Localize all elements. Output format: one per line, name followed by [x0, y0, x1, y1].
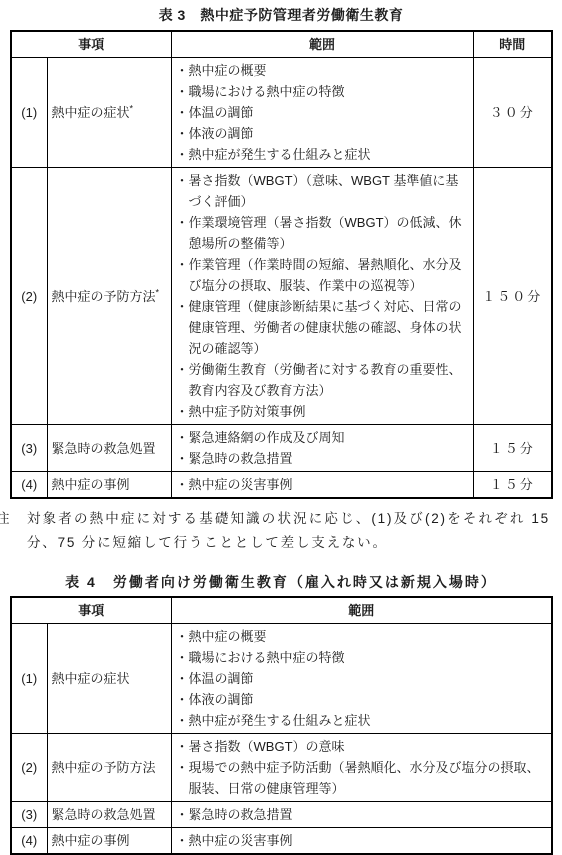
range-item: ・体温の調節	[176, 102, 469, 123]
table4: 事項 範囲 (1) 熱中症の症状 ・熱中症の概要 ・職場における熱中症の特徴 ・…	[10, 596, 553, 855]
row-number: (1)	[11, 624, 47, 734]
item-label: 熱中症の症状	[52, 105, 130, 120]
range-item: ・熱中症予防対策事例	[176, 401, 469, 422]
range-item: ・暑さ指数（WBGT）の意味	[176, 736, 548, 757]
range-item: ・暑さ指数（WBGT）（意味、WBGT 基準値に基づく評価）	[176, 170, 469, 212]
range-item: ・緊急時の救急措置	[176, 804, 548, 825]
item-cell: 熱中症の症状	[47, 624, 171, 734]
range-item: ・体液の調節	[176, 123, 469, 144]
note-prefix: 注	[0, 507, 27, 555]
row-number: (2)	[11, 168, 47, 425]
time-cell: １５分	[473, 425, 552, 472]
item-cell: 緊急時の救急処置	[47, 425, 171, 472]
range-item: ・職場における熱中症の特徴	[176, 647, 548, 668]
range-item: ・体液の調節	[176, 689, 548, 710]
range-cell: ・緊急連絡網の作成及び周知 ・緊急時の救急措置	[171, 425, 473, 472]
table4-header-row: 事項 範囲	[11, 597, 552, 624]
table-row: (2) 熱中症の予防方法* ・暑さ指数（WBGT）（意味、WBGT 基準値に基づ…	[11, 168, 552, 425]
range-cell: ・熱中症の災害事例	[171, 828, 552, 855]
row-number: (3)	[11, 802, 47, 828]
table3-header-item: 事項	[11, 31, 171, 58]
range-item: ・現場での熱中症予防活動（暑熱順化、水分及び塩分の摂取、服装、日常の健康管理等）	[176, 757, 548, 799]
range-cell: ・暑さ指数（WBGT）（意味、WBGT 基準値に基づく評価） ・作業環境管理（暑…	[171, 168, 473, 425]
item-label: 緊急時の救急処置	[52, 441, 156, 456]
range-item: ・労働衛生教育（労働者に対する教育の重要性、教育内容及び教育方法）	[176, 359, 469, 401]
range-item: ・熱中症の災害事例	[176, 830, 548, 851]
footnote-mark: *	[156, 287, 160, 297]
table-row: (1) 熱中症の症状 ・熱中症の概要 ・職場における熱中症の特徴 ・体温の調節 …	[11, 624, 552, 734]
range-item: ・熱中症の災害事例	[176, 474, 469, 495]
range-item: ・緊急連絡網の作成及び周知	[176, 427, 469, 448]
item-cell: 熱中症の予防方法*	[47, 168, 171, 425]
range-cell: ・熱中症の災害事例	[171, 472, 473, 499]
time-cell: １５分	[473, 472, 552, 499]
range-cell: ・熱中症の概要 ・職場における熱中症の特徴 ・体温の調節 ・体液の調節 ・熱中症…	[171, 624, 552, 734]
row-number: (2)	[11, 734, 47, 802]
table3-header-row: 事項 範囲 時間	[11, 31, 552, 58]
note: 注 対象者の熱中症に対する基礎知識の状況に応じ、(1)及び(2)をそれぞれ 15…	[0, 507, 556, 555]
item-cell: 熱中症の事例	[47, 828, 171, 855]
range-item: ・職場における熱中症の特徴	[176, 81, 469, 102]
item-label: 熱中症の予防方法	[52, 760, 156, 775]
item-cell: 熱中症の予防方法	[47, 734, 171, 802]
row-number: (4)	[11, 828, 47, 855]
item-label: 熱中症の事例	[52, 477, 130, 492]
table3-header-time: 時間	[473, 31, 552, 58]
range-cell: ・熱中症の概要 ・職場における熱中症の特徴 ・体温の調節 ・体液の調節 ・熱中症…	[171, 58, 473, 168]
range-item: ・熱中症の概要	[176, 60, 469, 81]
table-row: (1) 熱中症の症状* ・熱中症の概要 ・職場における熱中症の特徴 ・体温の調節…	[11, 58, 552, 168]
range-item: ・体温の調節	[176, 668, 548, 689]
table-row: (4) 熱中症の事例 ・熱中症の災害事例	[11, 828, 552, 855]
row-number: (1)	[11, 58, 47, 168]
table-row: (3) 緊急時の救急処置 ・緊急連絡網の作成及び周知 ・緊急時の救急措置 １５分	[11, 425, 552, 472]
range-item: ・健康管理（健康診断結果に基づく対応、日常の健康管理、労働者の健康状態の確認、身…	[176, 296, 469, 359]
table4-title: 表 4 労働者向け労働衛生教育（雇入れ時又は新規入場時）	[0, 573, 562, 591]
row-number: (4)	[11, 472, 47, 499]
note-text: 対象者の熱中症に対する基礎知識の状況に応じ、(1)及び(2)をそれぞれ 15 分…	[27, 507, 556, 555]
table-row: (2) 熱中症の予防方法 ・暑さ指数（WBGT）の意味 ・現場での熱中症予防活動…	[11, 734, 552, 802]
range-item: ・熱中症の概要	[176, 626, 548, 647]
range-item: ・熱中症が発生する仕組みと症状	[176, 710, 548, 731]
range-item: ・熱中症が発生する仕組みと症状	[176, 144, 469, 165]
range-cell: ・暑さ指数（WBGT）の意味 ・現場での熱中症予防活動（暑熱順化、水分及び塩分の…	[171, 734, 552, 802]
item-cell: 熱中症の症状*	[47, 58, 171, 168]
item-label: 熱中症の事例	[52, 833, 130, 848]
row-number: (3)	[11, 425, 47, 472]
table3-title: 表 3 熱中症予防管理者労働衛生教育	[0, 6, 562, 24]
table3: 事項 範囲 時間 (1) 熱中症の症状* ・熱中症の概要 ・職場における熱中症の…	[10, 30, 553, 499]
item-label: 熱中症の予防方法	[52, 289, 156, 304]
range-cell: ・緊急時の救急措置	[171, 802, 552, 828]
table4-header-range: 範囲	[171, 597, 552, 624]
document-page: 表 3 熱中症予防管理者労働衛生教育 事項 範囲 時間 (1) 熱中症の症状* …	[0, 6, 562, 855]
footnote-mark: *	[130, 104, 134, 114]
range-item: ・緊急時の救急措置	[176, 448, 469, 469]
item-cell: 熱中症の事例	[47, 472, 171, 499]
item-label: 熱中症の症状	[52, 671, 130, 686]
range-item: ・作業環境管理（暑さ指数（WBGT）の低減、休憩場所の整備等）	[176, 212, 469, 254]
item-label: 緊急時の救急処置	[52, 807, 156, 822]
table4-header-item: 事項	[11, 597, 171, 624]
time-cell: １５０分	[473, 168, 552, 425]
time-cell: ３０分	[473, 58, 552, 168]
table-row: (3) 緊急時の救急処置 ・緊急時の救急措置	[11, 802, 552, 828]
range-item: ・作業管理（作業時間の短縮、暑熱順化、水分及び塩分の摂取、服装、作業中の巡視等）	[176, 254, 469, 296]
table3-header-range: 範囲	[171, 31, 473, 58]
table-row: (4) 熱中症の事例 ・熱中症の災害事例 １５分	[11, 472, 552, 499]
item-cell: 緊急時の救急処置	[47, 802, 171, 828]
